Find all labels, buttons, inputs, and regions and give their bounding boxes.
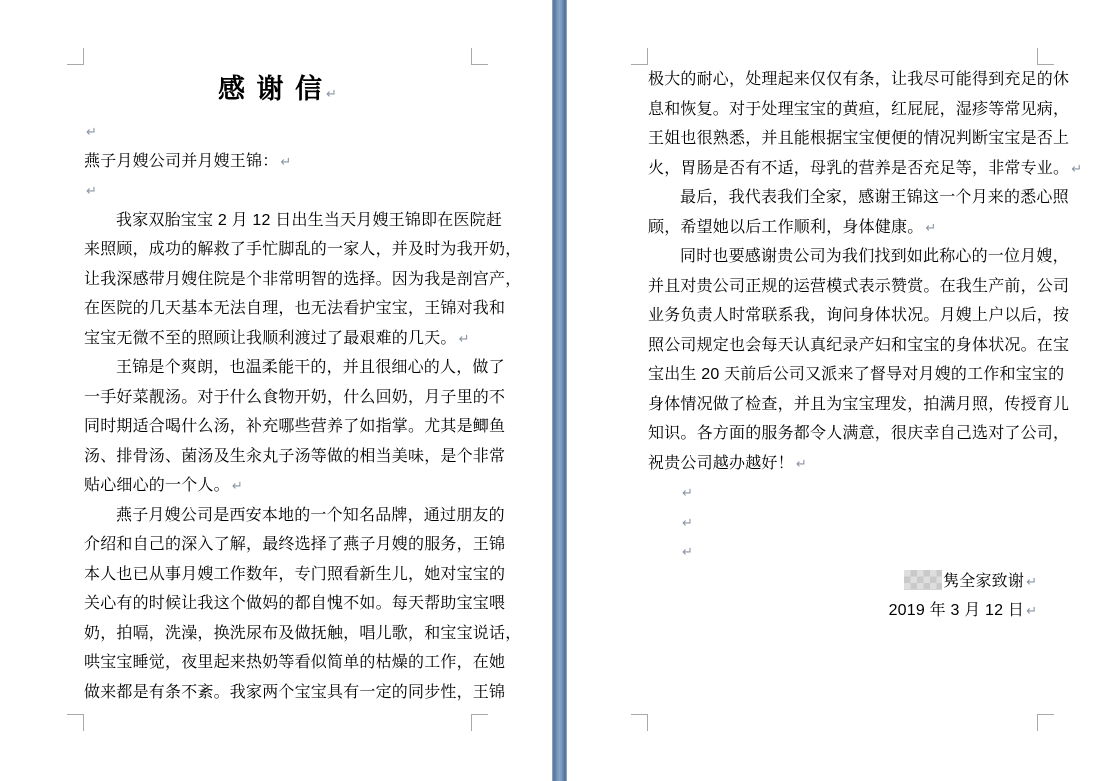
signature-line: 隽全家致谢↵ <box>648 567 1037 597</box>
line-text: 同时也要感谢贵公司为我们找到如此称心的一位月嫂， <box>680 248 1069 265</box>
document-page-2: 极大的耐心，处理起来仅仅有条，让我尽可能得到充足的休息和恢复。对于处理宝宝的黄疸… <box>567 0 1119 781</box>
line-text: 宝出生 20 天前后公司又派来了督导对月嫂的工作和宝宝的 <box>648 366 1064 383</box>
text-line: 介绍和自己的深入了解，最终选择了燕子月嫂的服务，王锦 <box>84 530 471 560</box>
line-text: 最后，我代表我们全家，感谢王锦这一个月来的悉心照 <box>680 189 1069 206</box>
text-line: 息和恢复。对于处理宝宝的黄疸，红屁屁，湿疹等常见病， <box>648 95 1037 125</box>
crop-mark-bottom-left-icon <box>67 714 84 731</box>
text-line: 在医院的几天基本无法自理，也无法看护宝宝，王锦对我和 <box>84 294 471 324</box>
crop-mark-bottom-right-icon <box>1037 714 1054 731</box>
text-line: 祝贵公司越办越好！↵ <box>648 449 1037 479</box>
page-1-text-area: 感 谢 信↵ ↵燕子月嫂公司并月嫂王锦：↵↵我家双胎宝宝 2 月 12 日出生当… <box>84 65 471 707</box>
paragraph-mark: ↵ <box>682 516 693 531</box>
line-text: 做来都是有条不紊。我家两个宝宝具有一定的同步性，王锦 <box>84 684 505 701</box>
line-text: 哄宝宝睡觉，夜里起来热奶等看似简单的枯燥的工作，在她 <box>84 654 505 671</box>
line-text: 本人也已从事月嫂工作数年，专门照看新生儿，她对宝宝的 <box>84 566 505 583</box>
text-line: ↵ <box>648 478 1037 508</box>
text-line: 奶，拍嗝，洗澡，换洗尿布及做抚触，唱儿歌，和宝宝说话， <box>84 619 471 649</box>
paragraph-mark: ↵ <box>86 184 97 199</box>
text-line: 本人也已从事月嫂工作数年，专门照看新生儿，她对宝宝的 <box>84 560 471 590</box>
line-text: 知识。各方面的服务都令人满意，很庆幸自己选对了公司， <box>648 425 1069 442</box>
crop-mark-bottom-right-icon <box>471 714 488 731</box>
title-text: 感 谢 信 <box>218 74 324 104</box>
paragraph-mark: ↵ <box>682 486 693 501</box>
text-line: 同时期适合喝什么汤，补充哪些营养了如指掌。尤其是鲫鱼 <box>84 412 471 442</box>
line-text: 介绍和自己的深入了解，最终选择了燕子月嫂的服务，王锦 <box>84 536 505 553</box>
line-text: 宝宝无微不至的照顾让我顺利渡过了最艰难的几天。 <box>84 330 457 347</box>
line-text: 祝贵公司越办越好！ <box>648 455 794 472</box>
window-divider <box>552 0 567 781</box>
text-line: 燕子月嫂公司并月嫂王锦：↵ <box>84 147 471 177</box>
text-line: 贴心细心的一个人。↵ <box>84 471 471 501</box>
paragraph-mark: ↵ <box>86 125 97 140</box>
crop-mark-top-left-icon <box>67 48 84 65</box>
line-text: 业务负责人时常联系我，询问身体状况。月嫂上户以后，按 <box>648 307 1069 324</box>
text-line: 做来都是有条不紊。我家两个宝宝具有一定的同步性，王锦 <box>84 678 471 708</box>
line-text: 贴心细心的一个人。 <box>84 477 230 494</box>
line-text: 让我深感带月嫂住院是个非常明智的选择。因为我是剖宫产， <box>84 271 521 288</box>
text-line: 宝宝无微不至的照顾让我顺利渡过了最艰难的几天。↵ <box>84 324 471 354</box>
page-2-text-area: 极大的耐心，处理起来仅仅有条，让我尽可能得到充足的休息和恢复。对于处理宝宝的黄疸… <box>648 65 1037 626</box>
date-text: 2019 年 3 月 12 日 <box>889 602 1025 619</box>
line-text: 汤、排骨汤、菌汤及生汆丸子汤等做的相当美味，是个非常 <box>84 448 505 465</box>
text-line: 来照顾，成功的解救了手忙脚乱的一家人，并及时为我开奶， <box>84 235 471 265</box>
line-text: 身体情况做了检查，并且为宝宝理发，拍满月照，传授育儿 <box>648 396 1069 413</box>
line-text: 在医院的几天基本无法自理，也无法看护宝宝，王锦对我和 <box>84 300 505 317</box>
text-line: 火，胃肠是否有不适，母乳的营养是否充足等，非常专业。↵ <box>648 154 1037 184</box>
line-text: 一手好菜靓汤。对于什么食物开奶，什么回奶，月子里的不 <box>84 389 505 406</box>
document-title: 感 谢 信↵ <box>84 65 471 117</box>
line-text: 同时期适合喝什么汤，补充哪些营养了如指掌。尤其是鲫鱼 <box>84 418 505 435</box>
crop-mark-bottom-left-icon <box>631 714 648 731</box>
paragraph-mark: ↵ <box>1071 162 1082 177</box>
text-line: 汤、排骨汤、菌汤及生汆丸子汤等做的相当美味，是个非常 <box>84 442 471 472</box>
paragraph-mark: ↵ <box>280 155 291 170</box>
line-text: 来照顾，成功的解救了手忙脚乱的一家人，并及时为我开奶， <box>84 241 521 258</box>
line-text: 奶，拍嗝，洗澡，换洗尿布及做抚触，唱儿歌，和宝宝说话， <box>84 625 521 642</box>
text-line: 最后，我代表我们全家，感谢王锦这一个月来的悉心照 <box>648 183 1037 213</box>
line-text: 燕子月嫂公司是西安本地的一个知名品牌，通过朋友的 <box>116 507 505 524</box>
text-line: 让我深感带月嫂住院是个非常明智的选择。因为我是剖宫产， <box>84 265 471 295</box>
paragraph-mark: ↵ <box>796 457 807 472</box>
line-text: 照公司规定也会每天认真纪录产妇和宝宝的身体状况。在宝 <box>648 337 1069 354</box>
page-2-lines: 极大的耐心，处理起来仅仅有条，让我尽可能得到充足的休息和恢复。对于处理宝宝的黄疸… <box>648 65 1037 567</box>
text-line: 业务负责人时常联系我，询问身体状况。月嫂上户以后，按 <box>648 301 1037 331</box>
text-line: ↵ <box>648 508 1037 538</box>
text-line: 一手好菜靓汤。对于什么食物开奶，什么回奶，月子里的不 <box>84 383 471 413</box>
crop-mark-top-left-icon <box>631 48 648 65</box>
text-line: 哄宝宝睡觉，夜里起来热奶等看似简单的枯燥的工作，在她 <box>84 648 471 678</box>
text-line: ↵ <box>84 176 471 206</box>
text-line: 身体情况做了检查，并且为宝宝理发，拍满月照，传授育儿 <box>648 390 1037 420</box>
redaction-block <box>904 570 942 590</box>
paragraph-mark: ↵ <box>682 545 693 560</box>
text-line: 知识。各方面的服务都令人满意，很庆幸自己选对了公司， <box>648 419 1037 449</box>
signature-text: 隽全家致谢 <box>943 573 1024 590</box>
line-text: 顾，希望她以后工作顺利，身体健康。 <box>648 219 923 236</box>
text-line: 王锦是个爽朗，也温柔能干的，并且很细心的人，做了 <box>84 353 471 383</box>
paragraph-mark: ↵ <box>326 87 337 102</box>
text-line: 关心有的时候让我这个做妈的都自愧不如。每天帮助宝宝喂 <box>84 589 471 619</box>
text-line: 极大的耐心，处理起来仅仅有条，让我尽可能得到充足的休 <box>648 65 1037 95</box>
crop-mark-top-right-icon <box>1037 48 1054 65</box>
paragraph-mark: ↵ <box>1026 575 1037 590</box>
text-line: 并且对贵公司正规的运营模式表示赞赏。在我生产前，公司 <box>648 272 1037 302</box>
text-line: ↵ <box>648 537 1037 567</box>
paragraph-mark: ↵ <box>925 221 936 236</box>
line-text: 我家双胎宝宝 2 月 12 日出生当天月嫂王锦即在医院赶 <box>116 212 502 229</box>
crop-mark-top-right-icon <box>471 48 488 65</box>
text-line: 宝出生 20 天前后公司又派来了督导对月嫂的工作和宝宝的 <box>648 360 1037 390</box>
line-text: 并且对贵公司正规的运营模式表示赞赏。在我生产前，公司 <box>648 278 1069 295</box>
text-line: 燕子月嫂公司是西安本地的一个知名品牌，通过朋友的 <box>84 501 471 531</box>
text-line: 我家双胎宝宝 2 月 12 日出生当天月嫂王锦即在医院赶 <box>84 206 471 236</box>
document-page-1: 感 谢 信↵ ↵燕子月嫂公司并月嫂王锦：↵↵我家双胎宝宝 2 月 12 日出生当… <box>0 0 552 781</box>
line-text: 王姐也很熟悉，并且能根据宝宝便便的情况判断宝宝是否上 <box>648 130 1069 147</box>
line-text: 极大的耐心，处理起来仅仅有条，让我尽可能得到充足的休 <box>648 71 1069 88</box>
line-text: 息和恢复。对于处理宝宝的黄疸，红屁屁，湿疹等常见病， <box>648 101 1069 118</box>
date-line: 2019 年 3 月 12 日↵ <box>648 596 1037 626</box>
text-line: 王姐也很熟悉，并且能根据宝宝便便的情况判断宝宝是否上 <box>648 124 1037 154</box>
line-text: 燕子月嫂公司并月嫂王锦： <box>84 153 278 170</box>
text-line: 照公司规定也会每天认真纪录产妇和宝宝的身体状况。在宝 <box>648 331 1037 361</box>
paragraph-mark: ↵ <box>232 479 243 494</box>
text-line: ↵ <box>84 117 471 147</box>
page-1-lines: ↵燕子月嫂公司并月嫂王锦：↵↵我家双胎宝宝 2 月 12 日出生当天月嫂王锦即在… <box>84 117 471 707</box>
paragraph-mark: ↵ <box>1026 604 1037 619</box>
text-line: 顾，希望她以后工作顺利，身体健康。↵ <box>648 213 1037 243</box>
line-text: 关心有的时候让我这个做妈的都自愧不如。每天帮助宝宝喂 <box>84 595 505 612</box>
text-line: 同时也要感谢贵公司为我们找到如此称心的一位月嫂， <box>648 242 1037 272</box>
line-text: 王锦是个爽朗，也温柔能干的，并且很细心的人，做了 <box>116 359 505 376</box>
line-text: 火，胃肠是否有不适，母乳的营养是否充足等，非常专业。 <box>648 160 1069 177</box>
paragraph-mark: ↵ <box>459 332 470 347</box>
